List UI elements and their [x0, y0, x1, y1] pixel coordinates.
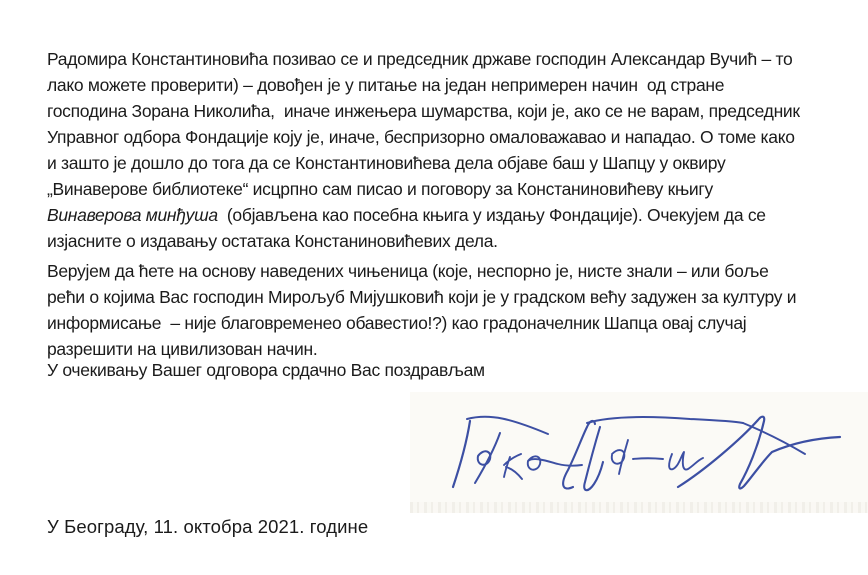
scan-noise-band — [410, 502, 868, 513]
closing-line: У очекивању Вашег одговора срдачно Вас п… — [47, 357, 847, 383]
text-line: Управног одбора Фондације коју је, иначе… — [47, 124, 847, 150]
text-line: лако можете проверити) – довођен је у пи… — [47, 72, 847, 98]
text-line: „Винаверове библиотеке“ исцрпно сам писа… — [47, 176, 847, 202]
text-line: и зашто је дошло до тога да се Константи… — [47, 150, 847, 176]
text-line: господина Зорана Николића, иначе инжењер… — [47, 98, 847, 124]
text-line: изјасните о издавању остатака Констанино… — [47, 228, 847, 254]
handwritten-signature-image — [410, 392, 868, 513]
text-line: Винаверова минђуша (објављена као посебн… — [47, 202, 847, 228]
paragraph-2: Верујем да ћете на основу наведених чиње… — [47, 258, 847, 362]
text-line: Радомира Константиновића позивао се и пр… — [47, 46, 847, 72]
text-line: У очекивању Вашег одговора срдачно Вас п… — [47, 357, 847, 383]
text-line: рећи о којима Вас господин Мирољуб Мијуш… — [47, 284, 847, 310]
text-segment: (објављена као посебна књига у издању Фо… — [218, 205, 766, 225]
signature-scan-area — [410, 392, 868, 513]
paragraph-1: Радомира Константиновића позивао се и пр… — [47, 46, 847, 254]
text-line: Верујем да ћете на основу наведених чиње… — [47, 258, 847, 284]
letter-page: Радомира Константиновића позивао се и пр… — [0, 0, 868, 575]
date-line: У Београду, 11. октобра 2021. године — [47, 516, 368, 538]
book-title-italic: Винаверова минђуша — [47, 205, 218, 225]
text-line: информисање – није благовременео обавест… — [47, 310, 847, 336]
